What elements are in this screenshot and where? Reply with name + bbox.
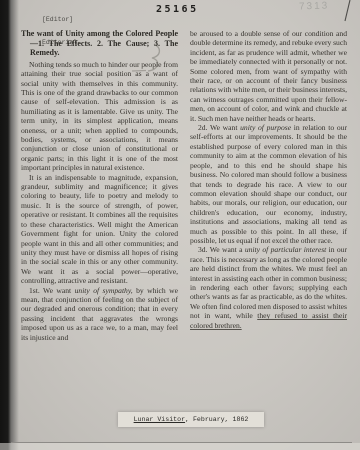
editor-tag: [Editor] xyxy=(42,16,77,24)
article-paragraph: It is an indispensable to magnitude, exp… xyxy=(21,173,178,286)
text-segment: in relation to our self-efforts at our i… xyxy=(190,123,347,245)
text-segment: unity of sympathy, xyxy=(75,286,133,295)
article-body: The want of Unity among the Colored Peop… xyxy=(21,29,348,415)
catalog-number-stamp: 25165 xyxy=(156,4,199,15)
article-column-right: be aroused to a double sense of our cond… xyxy=(190,29,347,415)
pencil-page-number: 7313 xyxy=(299,0,330,12)
article-paragraph: Nothing tends so much to hinder our peop… xyxy=(21,60,178,173)
scan-bottom-margin xyxy=(0,443,360,450)
citation-label: Lunar Visitor, February, 1862 xyxy=(118,412,264,427)
article-paragraph: 1st. We want unity of sympathy, by which… xyxy=(21,286,178,342)
article-paragraph: 3d. We want a unity of particular intere… xyxy=(190,245,347,330)
text-segment: 1st. We want xyxy=(29,286,75,295)
citation-source: Lunar Visitor xyxy=(134,416,185,423)
text-segment: unity of purpose xyxy=(240,123,291,132)
article-title: The want of Unity among the Colored Peop… xyxy=(21,29,178,58)
article-paragraph: 2d. We want unity of purpose in relation… xyxy=(190,123,347,245)
text-segment: unity of particular interest xyxy=(245,245,326,254)
scan-edge-strip xyxy=(0,0,20,450)
text-segment: in our race. This is necessary as long a… xyxy=(190,245,347,320)
article-column-left: The want of Unity among the Colored Peop… xyxy=(21,29,178,415)
text-segment: 3d. We want a xyxy=(198,245,245,254)
text-segment: be aroused to a double sense of our cond… xyxy=(190,29,347,123)
text-segment: 2d. We want xyxy=(198,123,240,132)
pen-mark-icon xyxy=(336,0,354,22)
article-paragraph: be aroused to a double sense of our cond… xyxy=(190,29,347,123)
scanned-page: [Editor] Editorial 25165 7313 The want o… xyxy=(0,0,360,450)
text-segment: It is an indispensable to magnitude, exp… xyxy=(21,173,178,285)
text-segment: Nothing tends so much to hinder our peop… xyxy=(21,60,178,172)
citation-date: , February, 1862 xyxy=(185,416,248,423)
